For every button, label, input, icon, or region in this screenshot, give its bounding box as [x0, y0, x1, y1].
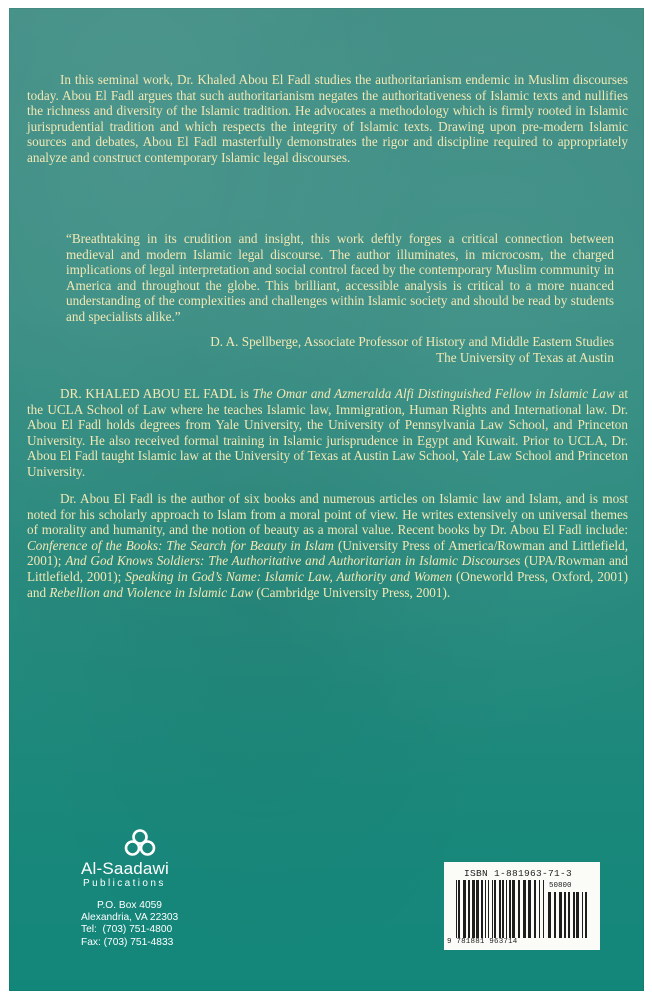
books-paragraph: Dr. Abou El Fadl is the author of six bo… [27, 491, 628, 600]
address-po-box: P.O. Box 4059 [97, 900, 221, 912]
book-publisher: (Cambridge University Press, 2001). [253, 585, 450, 600]
publisher-block: Al-Saadawi Publications P.O. Box 4059 Al… [81, 828, 221, 949]
quote-text: “Breathtaking in its crudition and insig… [66, 231, 614, 324]
price-code: 50800 [549, 882, 572, 890]
isbn-number: ISBN 1-881963-71-3 [464, 868, 572, 879]
book-title: Rebellion and Violence in Islamic Law [49, 585, 253, 600]
description-text: In this seminal work, Dr. Khaled Abou El… [27, 72, 628, 165]
book-title: Speaking in God’s Name: Islamic Law, Aut… [125, 569, 452, 584]
trefoil-rings-icon [123, 828, 157, 858]
description-paragraph: In this seminal work, Dr. Khaled Abou El… [27, 72, 628, 166]
isbn-barcode: ISBN 1-881963-71-3 50800 9 781881 963714 [444, 862, 600, 950]
books-intro: Dr. Abou El Fadl is the author of six bo… [27, 491, 628, 537]
book-title: Conference of the Books: The Search for … [27, 538, 334, 553]
address-tel: Tel: (703) 751-4800 [81, 924, 221, 936]
publisher-subtitle: Publications [83, 878, 221, 890]
author-bio: DR. KHALED ABOU EL FADL is The Omar and … [27, 386, 628, 480]
author-name: DR. KHALED ABOU EL FADL [60, 386, 236, 401]
attribution-line-2: The University of Texas at Austin [66, 350, 614, 366]
addon-barcode-bars [548, 892, 588, 938]
ean-barcode-bars [456, 880, 544, 938]
blurb-attribution: D. A. Spellberge, Associate Professor of… [66, 334, 614, 365]
author-is: is [236, 386, 252, 401]
attribution-line-1: D. A. Spellberge, Associate Professor of… [66, 334, 614, 350]
address-fax: Fax: (703) 751-4833 [81, 937, 221, 949]
publisher-address: P.O. Box 4059 Alexandria, VA 22303 Tel: … [81, 900, 221, 949]
address-city: Alexandria, VA 22303 [81, 912, 221, 924]
author-fellowship-title: The Omar and Azmeralda Alfi Distinguishe… [253, 386, 615, 401]
publisher-name: Al-Saadawi [81, 860, 221, 878]
blurb-quote: “Breathtaking in its crudition and insig… [66, 231, 614, 325]
back-cover: In this seminal work, Dr. Khaled Abou El… [9, 8, 644, 991]
book-title: And God Knows Soldiers: The Authoritativ… [65, 553, 520, 568]
ean-digits: 9 781881 963714 [447, 938, 518, 946]
